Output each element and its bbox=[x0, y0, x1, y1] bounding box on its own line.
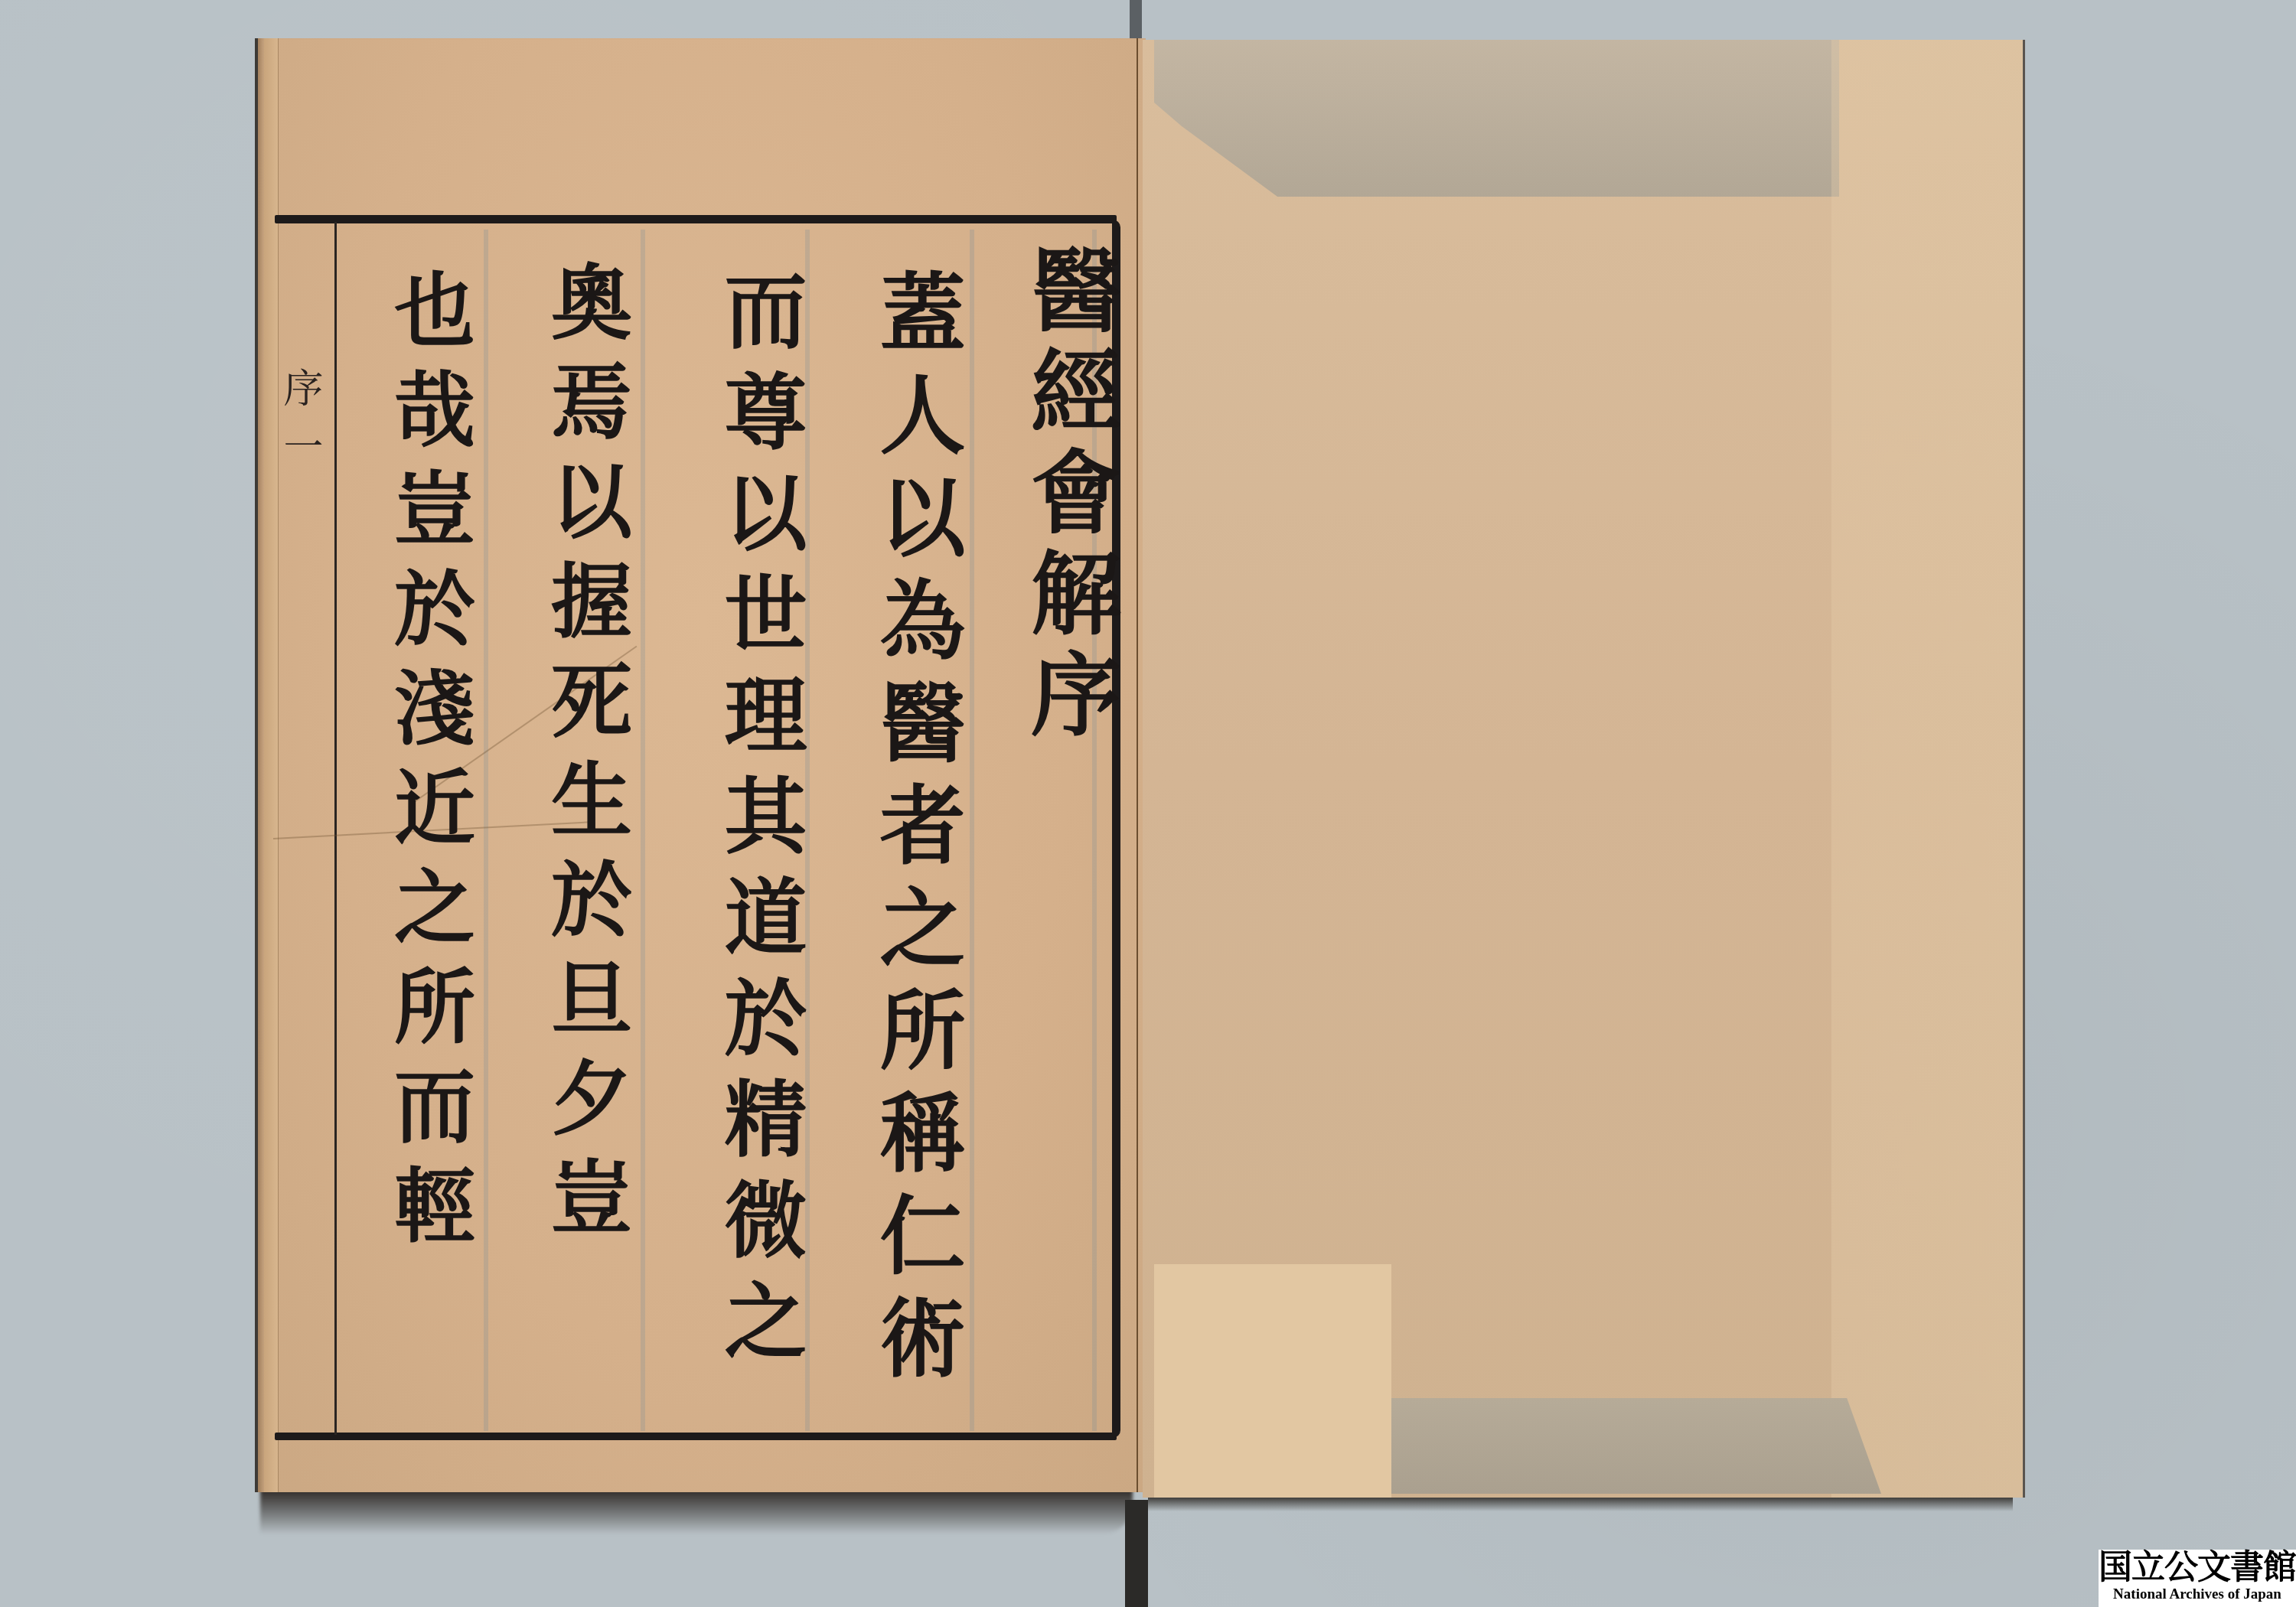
logo-english-text: National Archives of Japan bbox=[2099, 1586, 2296, 1603]
page-fold-edge bbox=[264, 38, 279, 1492]
page-shadow-left bbox=[260, 1488, 1133, 1534]
gutter-line bbox=[1137, 38, 1138, 1492]
archive-logo: 国立公文書館 National Archives of Japan bbox=[2099, 1550, 2296, 1607]
text-column-title: 醫經會解序 bbox=[1023, 243, 1114, 748]
logo-japanese-text: 国立公文書館 bbox=[2099, 1550, 2296, 1586]
repair-patch-top bbox=[1154, 40, 1839, 197]
ghost-rule bbox=[970, 230, 974, 1431]
text-column: 而尊以世理其道於精微之 bbox=[717, 268, 800, 1379]
text-column: 奧焉以握死生於旦夕豈 bbox=[545, 260, 626, 1255]
page-shadow-right bbox=[1148, 1496, 2013, 1511]
frame-border-top bbox=[275, 215, 1117, 223]
text-column: 蓋人以為醫者之所稱仁術 bbox=[872, 268, 958, 1396]
margin-label: 序 一 bbox=[285, 367, 328, 469]
right-page bbox=[1143, 40, 2025, 1498]
repair-patch-bottom bbox=[1391, 1398, 1881, 1494]
ghost-rule bbox=[641, 230, 645, 1431]
frame-inner-line bbox=[334, 222, 337, 1435]
spine-bottom bbox=[1125, 1500, 1148, 1607]
repair-strip-right bbox=[1831, 40, 2023, 1498]
repair-patch-lower-left bbox=[1154, 1264, 1391, 1498]
left-page: 序 一 醫經會解序 蓋人以為醫者之所稱仁術 而尊以世理其道於精微之 奧焉以握死生… bbox=[255, 38, 1146, 1492]
ghost-rule bbox=[484, 230, 488, 1431]
text-column: 也哉豈於淺近之所而輕 bbox=[388, 268, 469, 1263]
frame-border-bottom bbox=[275, 1433, 1117, 1440]
